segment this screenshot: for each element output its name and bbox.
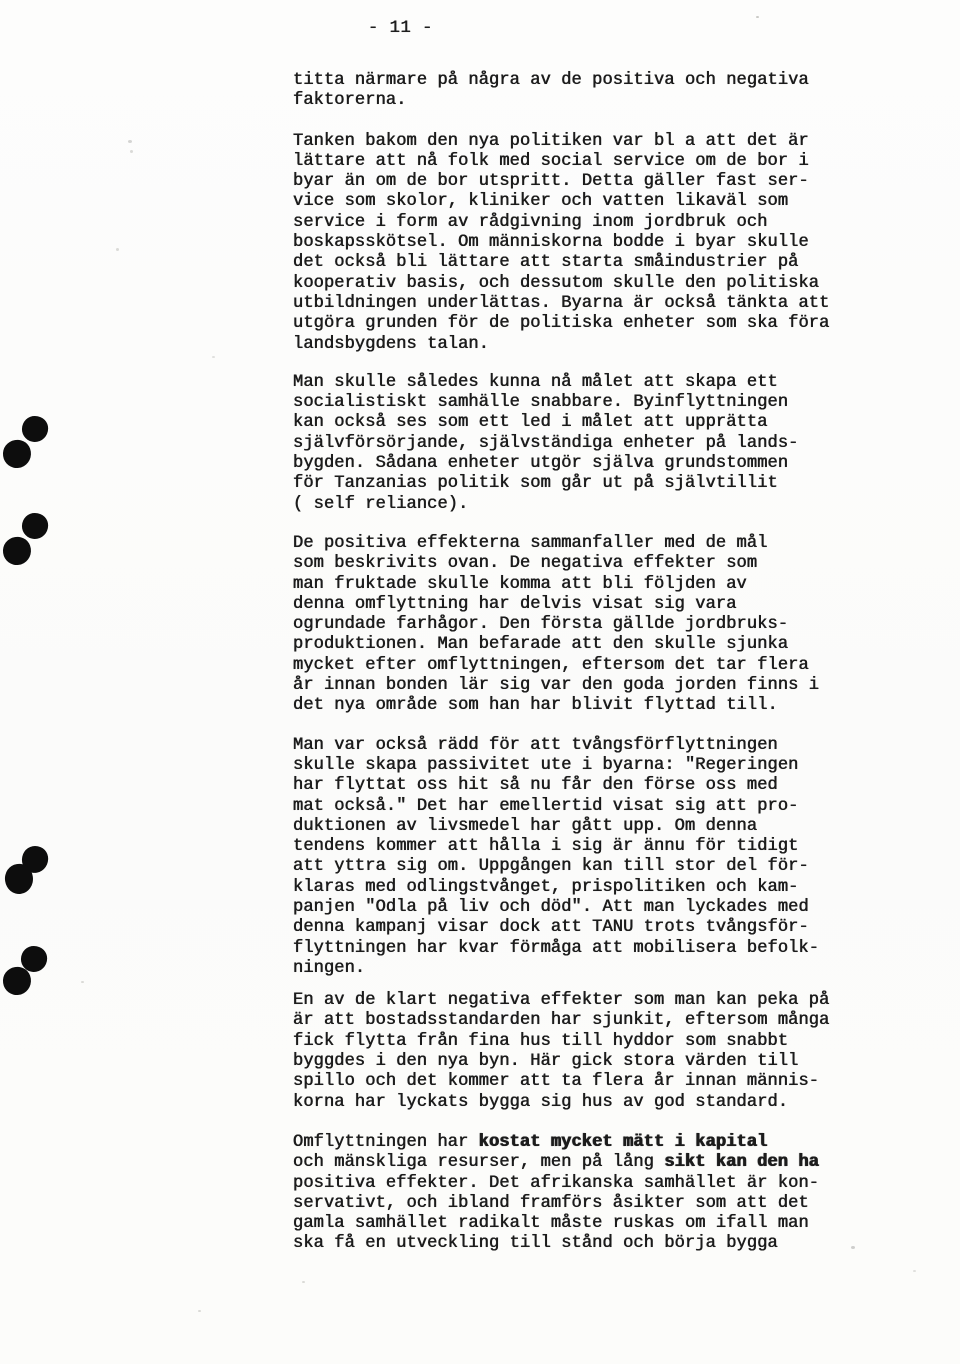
text-line: Man var också rädd för att tvångsförflyt… — [293, 736, 883, 756]
text-line: för Tanzanias politik som går ut på själ… — [293, 474, 883, 494]
text-line: landsbygdens talan. — [293, 335, 883, 355]
ink-blot — [3, 513, 48, 565]
text-line: ningen. — [293, 959, 883, 979]
ink-blot-dot — [1, 438, 33, 470]
text-line: panjen "Odla på liv och död". Att man ly… — [293, 898, 883, 918]
ink-blot — [3, 416, 48, 468]
text-line: Man skulle således kunna nå målet att sk… — [293, 373, 883, 393]
text-line: faktorerna. — [293, 91, 883, 111]
scan-speck — [756, 16, 759, 18]
text-line: år innan bonden lär sig var den goda jor… — [293, 676, 883, 696]
scan-speck — [302, 1281, 305, 1283]
text-line: det nya område som han har blivit flytta… — [293, 696, 883, 716]
ink-blot-dot — [20, 414, 51, 445]
text-line: boskapsskötsel. Om människorna bodde i b… — [293, 233, 883, 253]
text-line: det också bli lättare att starta småindu… — [293, 253, 883, 273]
text-line: självförsörjande, självständiga enheter … — [293, 434, 883, 454]
overstruck-text: sikt kan den ha — [664, 1153, 819, 1172]
scan-speck — [81, 981, 84, 983]
text-line: skulle skapa passivitet ute i byarna: "R… — [293, 756, 883, 776]
text-line: mat också." Det har emellertid visat sig… — [293, 797, 883, 817]
paragraph: De positiva effekterna sammanfaller med … — [293, 534, 883, 717]
text-line: klaras med odlingstvånget, prispolitiken… — [293, 878, 883, 898]
scan-speck — [851, 1246, 855, 1249]
scan-speck — [116, 248, 119, 251]
text-line: byar än om de bor utspritt. Detta gäller… — [293, 172, 883, 192]
overstruck-text: kostat mycket mätt i kapital — [479, 1133, 768, 1152]
text-line: service i form av rådgivning inom jordbr… — [293, 213, 883, 233]
text-line: denna omflyttning har delvis visat sig v… — [293, 595, 883, 615]
text-line: kan också ses som ett led i målet att up… — [293, 413, 883, 433]
paragraph: Omflyttningen har kostat mycket mätt i k… — [293, 1133, 883, 1255]
paragraph: Man var också rädd för att tvångsförflyt… — [293, 736, 883, 980]
text-line: spillo och det kommer att ta flera år in… — [293, 1072, 883, 1092]
ink-blot — [3, 946, 47, 995]
text-line: ska få en utveckling till stånd och börj… — [293, 1234, 883, 1254]
text-line: byggdes i den nya byn. Här gick stora vä… — [293, 1052, 883, 1072]
scan-speck — [130, 150, 133, 153]
text-line: kooperativ basis, och dessutom skulle de… — [293, 274, 883, 294]
text-line: flyttningen har kvar förmåga att mobilis… — [293, 939, 883, 959]
scan-speck — [128, 140, 132, 143]
text-line: Omflyttningen har kostat mycket mätt i k… — [293, 1133, 883, 1153]
text-line: De positiva effekterna sammanfaller med … — [293, 534, 883, 554]
ink-blot — [5, 846, 48, 894]
text-line: ( self reliance). — [293, 495, 883, 515]
text-line: vice som skolor, kliniker och vatten lik… — [293, 192, 883, 212]
text-line: bygden. Sådana enheter utgör själva grun… — [293, 454, 883, 474]
text-line: socialistiskt samhälle snabbare. Byinfly… — [293, 393, 883, 413]
text-line: denna kampanj visar dock att TANU trots … — [293, 918, 883, 938]
text-line: att yttra sig om. Uppgången kan till sto… — [293, 857, 883, 877]
scan-speck — [913, 1270, 916, 1272]
text-line: fick flytta från fina hus till hyddor so… — [293, 1032, 883, 1052]
scan-speck — [212, 356, 215, 358]
text-line: utbildningen underlättas. Byarna är ocks… — [293, 294, 883, 314]
ink-blot-dot — [20, 511, 51, 542]
paragraph: En av de klart negativa effekter som man… — [293, 991, 883, 1113]
text-line: ogrundade farhågor. Den första gällde jo… — [293, 615, 883, 635]
text-line: tendens kommer att hålla i sig är ännu f… — [293, 837, 883, 857]
paragraph: Tanken bakom den nya politiken var bl a … — [293, 132, 883, 355]
text-line: produktionen. Man befarade att den skull… — [293, 635, 883, 655]
text-line: gamla samhället radikalt måste ruskas om… — [293, 1214, 883, 1234]
text-line: som beskrivits ovan. De negativa effekte… — [293, 554, 883, 574]
paragraph: Man skulle således kunna nå målet att sk… — [293, 373, 883, 515]
text-line: har flyttat oss hit så nu får den förse … — [293, 776, 883, 796]
scan-speck — [198, 1310, 201, 1312]
page-number: - 11 - — [368, 19, 433, 39]
document-text-block: titta närmare på några av de positiva oc… — [293, 71, 883, 1255]
text-line: är att bostadsstandarden har sjunkit, ef… — [293, 1011, 883, 1031]
text-line: mycket efter omflyttningen, eftersom det… — [293, 656, 883, 676]
text-line: titta närmare på några av de positiva oc… — [293, 71, 883, 91]
text-line: positiva effekter. Det afrikanska samhäl… — [293, 1174, 883, 1194]
ink-blot-dot — [1, 535, 33, 567]
text-line: duktionen av livsmedel har gått upp. Om … — [293, 817, 883, 837]
text-line: lättare att nå folk med social service o… — [293, 152, 883, 172]
text-line: korna har lyckats bygga sig hus av god s… — [293, 1093, 883, 1113]
text-line: servativt, och ibland framförs åsikter s… — [293, 1194, 883, 1214]
text-line: utgöra grunden för de politiska enheter … — [293, 314, 883, 334]
text-line: man fruktade skulle komma att bli följde… — [293, 575, 883, 595]
scanned-document-page: - 11 - titta närmare på några av de posi… — [0, 0, 960, 1364]
text-line: En av de klart negativa effekter som man… — [293, 991, 883, 1011]
paragraph: titta närmare på några av de positiva oc… — [293, 71, 883, 112]
text-line: Tanken bakom den nya politiken var bl a … — [293, 132, 883, 152]
text-line: och mänskliga resurser, men på lång sikt… — [293, 1153, 883, 1173]
